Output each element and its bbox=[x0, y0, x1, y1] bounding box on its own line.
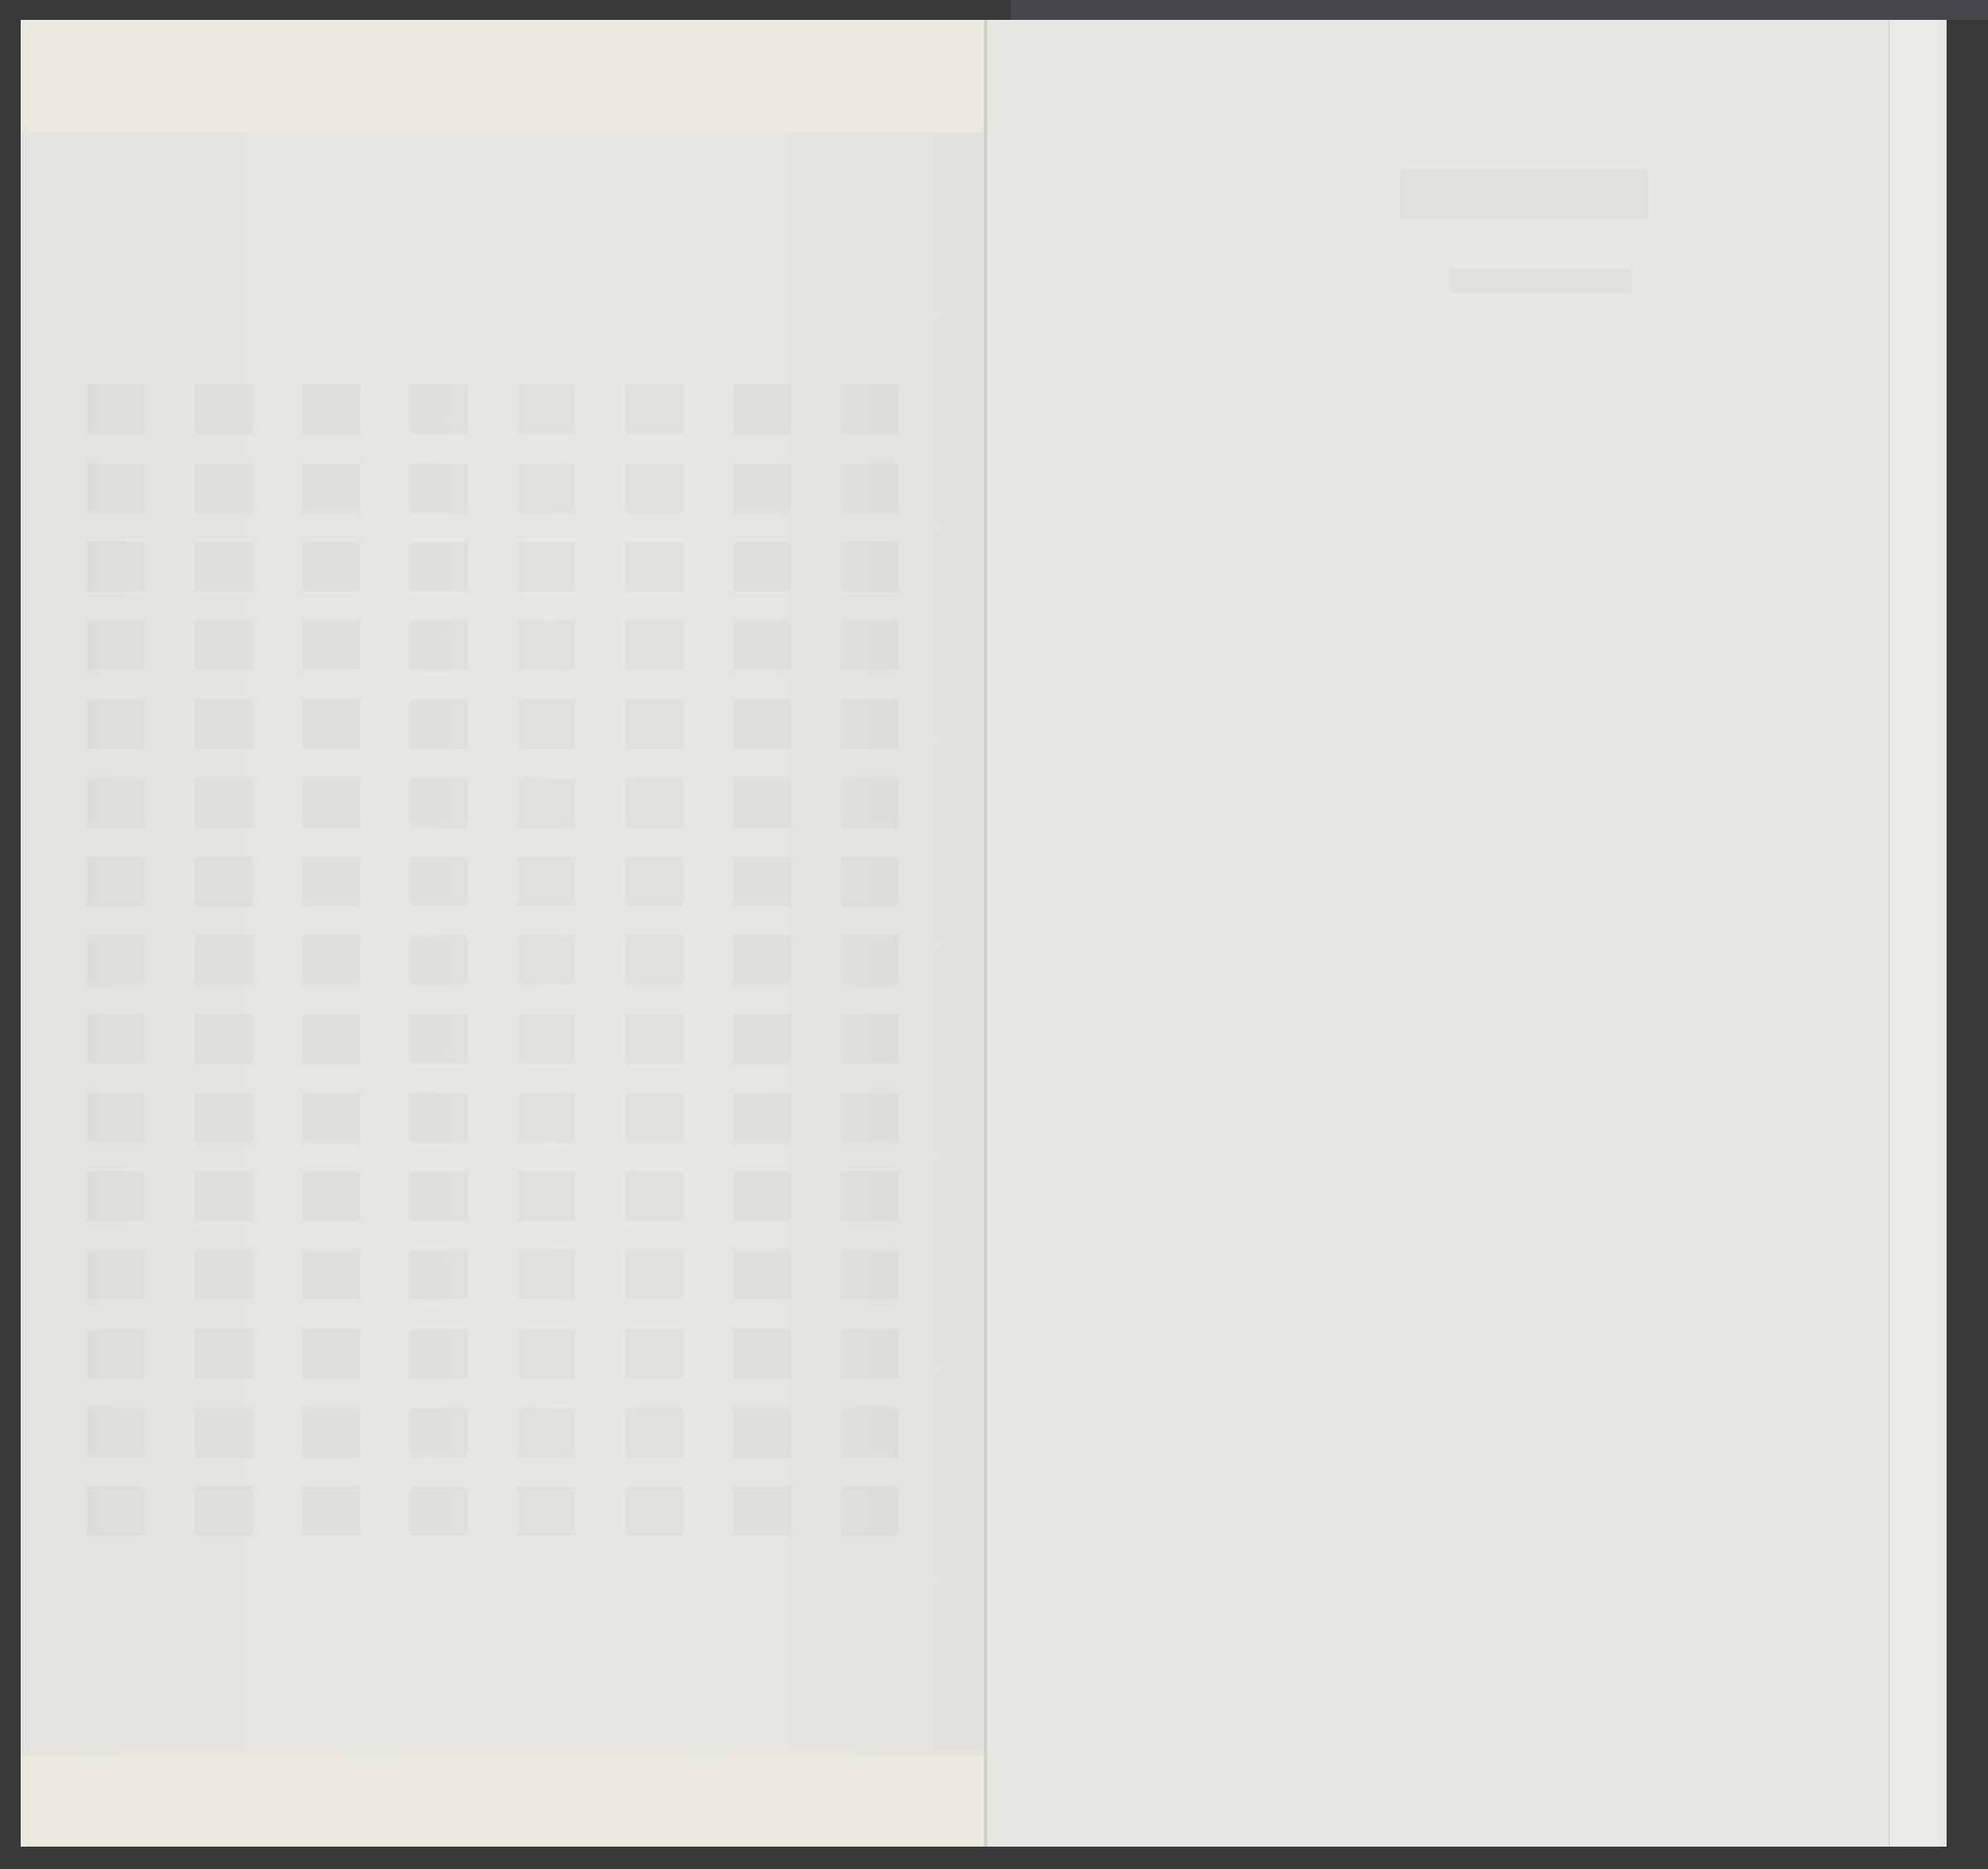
left-page-bottom-margin bbox=[21, 1756, 986, 1847]
show-through-column bbox=[195, 384, 253, 1544]
show-through-text bbox=[1400, 169, 1648, 219]
right-page bbox=[986, 20, 1947, 1847]
book-spine bbox=[984, 20, 987, 1847]
show-through-column bbox=[841, 384, 899, 1544]
show-through-column bbox=[87, 384, 145, 1544]
show-through-column bbox=[518, 384, 576, 1544]
show-through-column bbox=[625, 384, 683, 1544]
show-through-column bbox=[302, 384, 360, 1544]
left-page bbox=[21, 20, 986, 1847]
scan-background bbox=[1011, 0, 1988, 20]
show-through-column bbox=[733, 384, 791, 1544]
show-through-column bbox=[410, 384, 468, 1544]
folded-edge bbox=[1889, 20, 1939, 1847]
left-page-top-margin bbox=[21, 20, 986, 132]
show-through-text bbox=[1450, 268, 1632, 293]
